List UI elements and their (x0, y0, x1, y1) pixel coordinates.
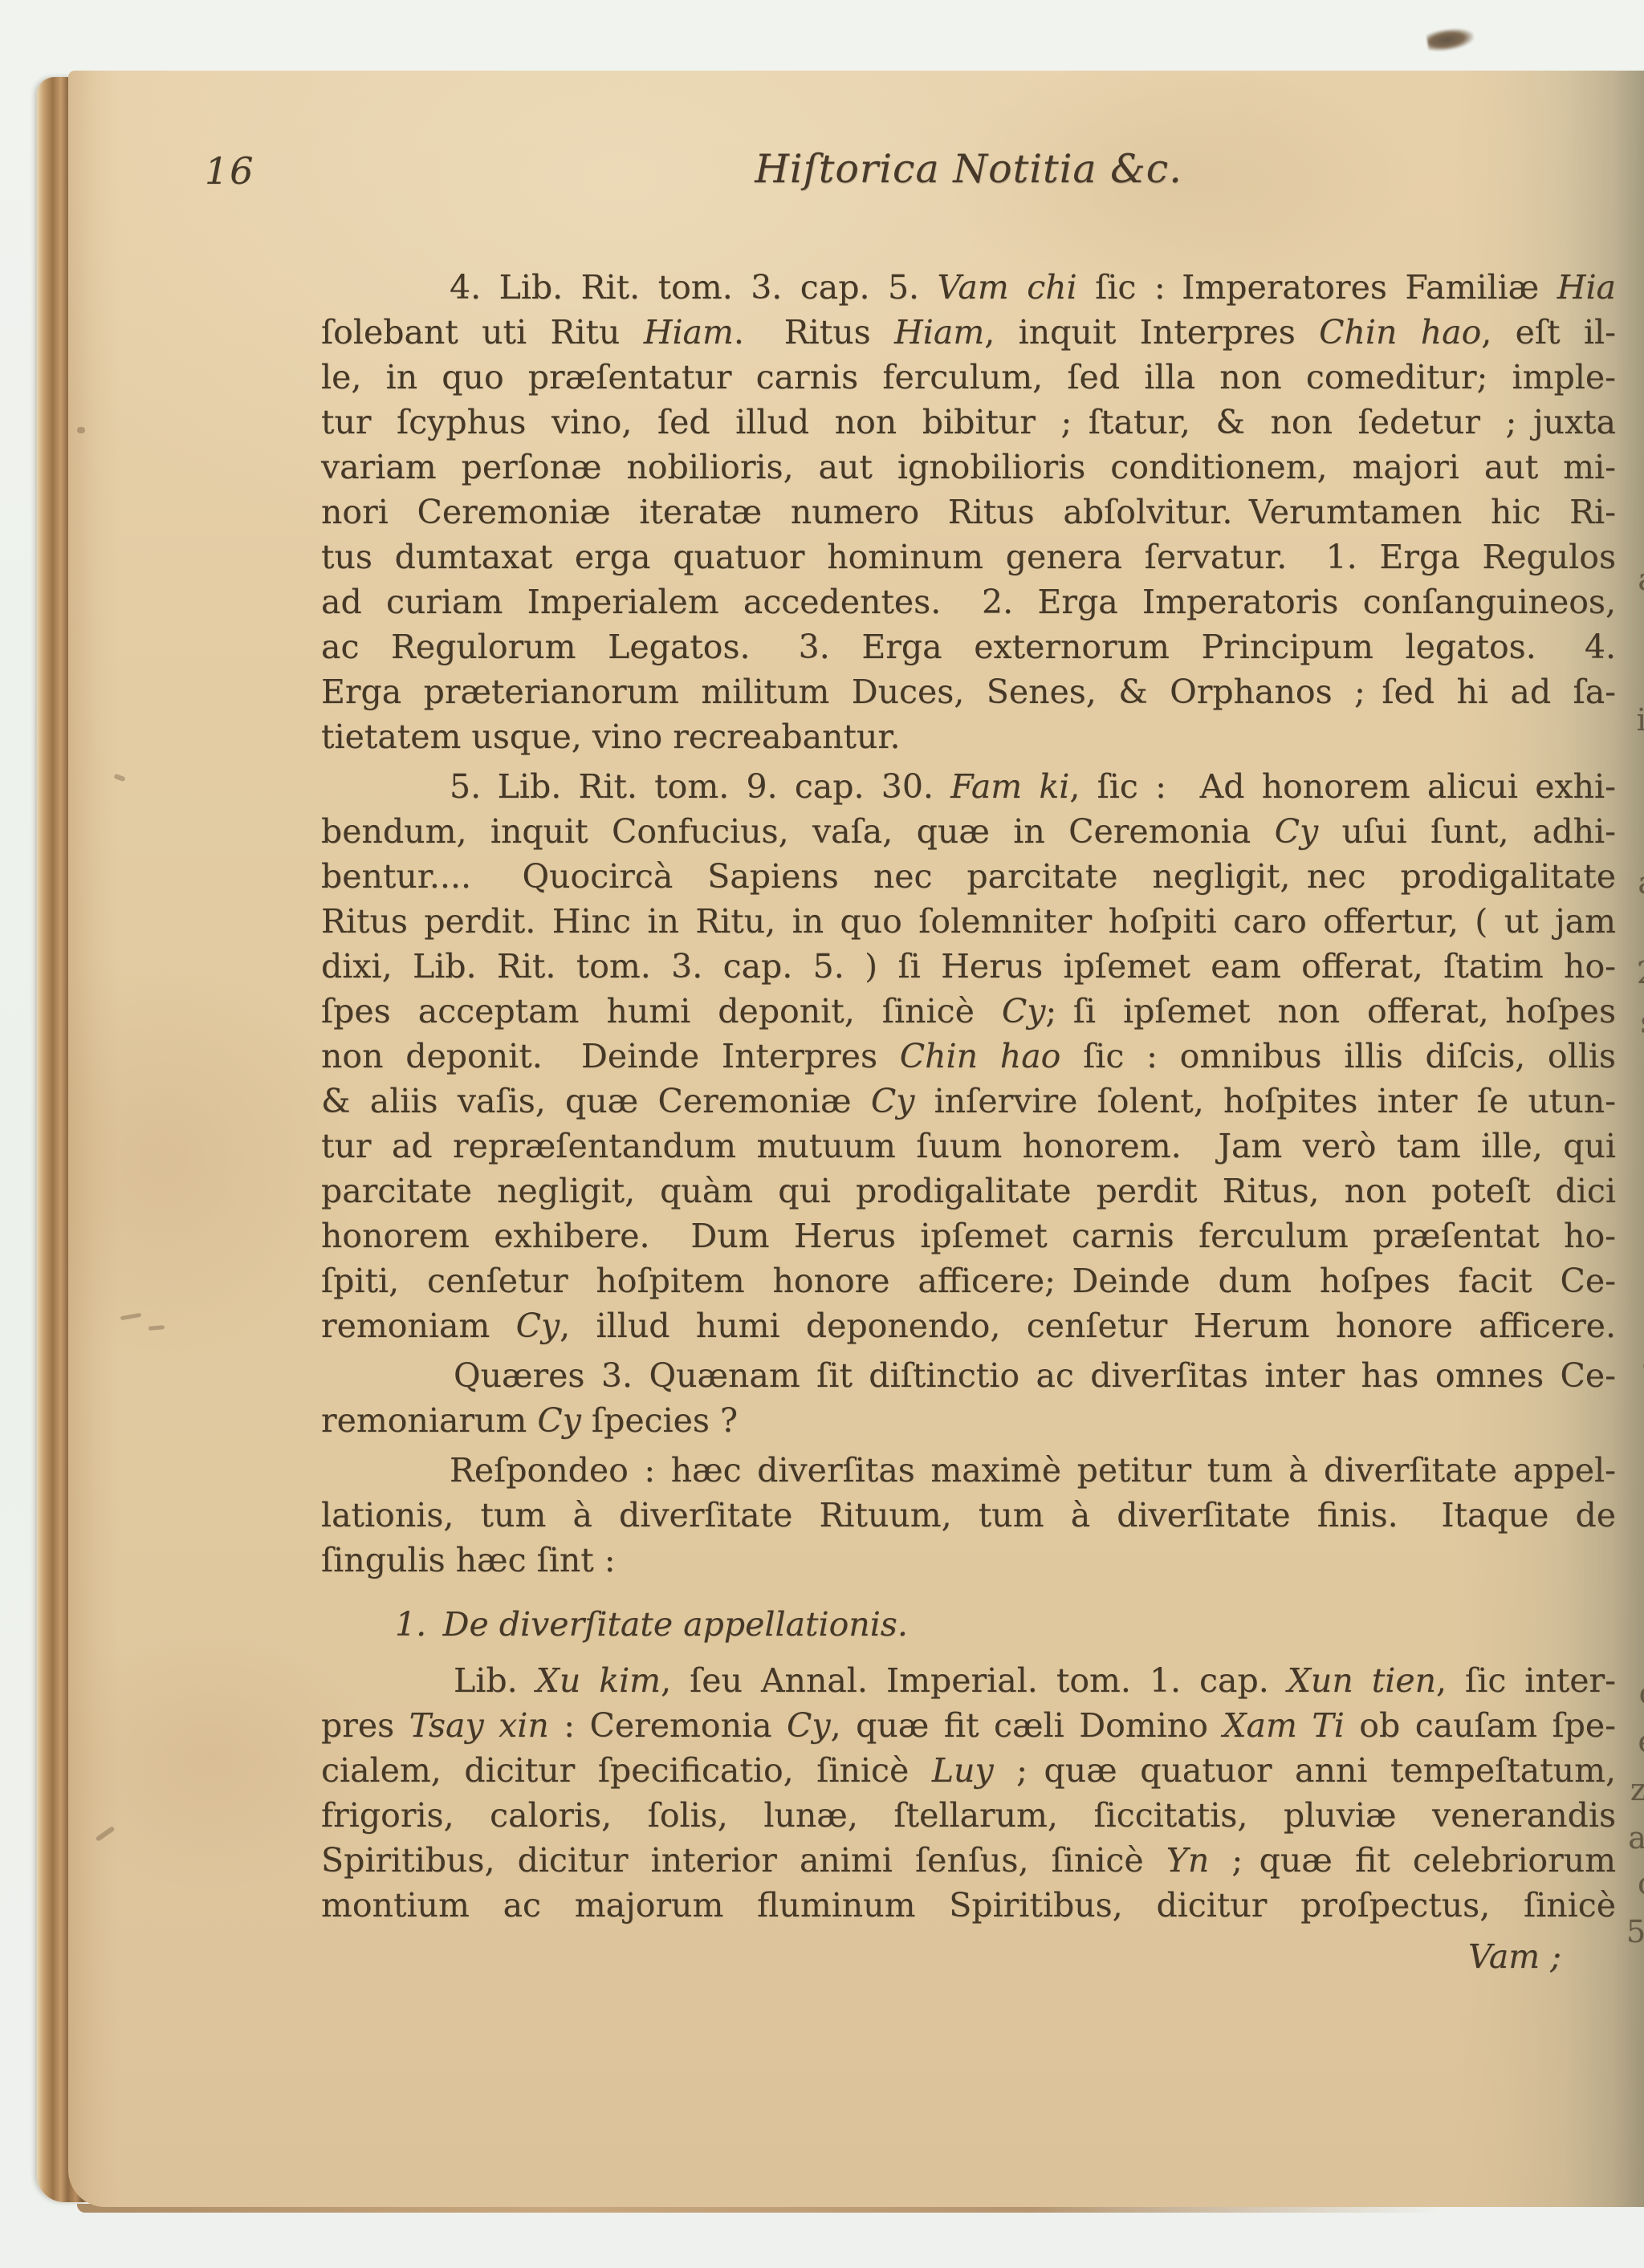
paragraph: Lib. Xu kim, ſeu Annal. Imperial. tom. 1… (321, 1658, 1616, 1928)
italic-term: Chin hao (900, 1037, 1061, 1075)
italic-term: Cy (787, 1706, 831, 1745)
text-line: cialem, dicitur ſpecificatio, ſinicè Luy… (321, 1748, 1616, 1793)
italic-term: Xun tien (1288, 1661, 1436, 1700)
italic-term: Cy (871, 1082, 915, 1120)
text-line: lationis, tum à diverſitate Rituum, tum … (321, 1493, 1616, 1538)
text-segment: remoniam (321, 1307, 516, 1345)
text-line: bentur.... Quocircà Sapiens nec parcitat… (321, 854, 1616, 899)
text-line: ſpiti, cenſetur hoſpitem honore afficere… (321, 1258, 1616, 1303)
text-line: remoniarum Cy ſpecies ? (321, 1398, 1616, 1443)
text-segment: ob cauſam ſpe- (1345, 1706, 1616, 1745)
text-segment: , illud humi deponendo, cenſetur Herum h… (560, 1307, 1616, 1345)
text-segment: non deponit. Deinde Interpres (321, 1037, 900, 1075)
text-segment: tur ſcyphus vino, ſed illud non bibitur … (321, 403, 1616, 441)
text-segment: ſpecies ? (581, 1401, 738, 1440)
text-segment: variam perſonæ nobilioris, aut ignobilio… (321, 448, 1616, 486)
text-segment: Lib. (454, 1661, 536, 1700)
italic-term: Cy (516, 1307, 560, 1345)
text-line: pres Tsay xin : Ceremonia Cy, quæ fit cæ… (321, 1703, 1616, 1748)
facing-page-text-fragment: 5: (1626, 1914, 1644, 1949)
text-line: tur ſcyphus vino, ſed illud non bibitur … (321, 400, 1616, 445)
italic-term: Hia (1557, 268, 1616, 307)
facing-page-text-fragment: 2 (1637, 955, 1644, 990)
text-line: & aliis vaſis, quæ Ceremoniæ Cy inſervir… (321, 1079, 1616, 1124)
text-segment: cialem, dicitur ſpecificatio, ſinicè (321, 1751, 932, 1790)
ink-smudge (1426, 26, 1475, 53)
facing-page-text-fragment: o (1638, 1866, 1644, 1901)
text-segment: ad curiam Imperialem accedentes. 2. Erga… (321, 583, 1616, 621)
facing-page-text-fragment: c (1639, 1676, 1644, 1711)
text-line: honorem exhibere. Dum Herus ipſemet carn… (321, 1213, 1616, 1258)
text-line: tus dumtaxat erga quatuor hominum genera… (321, 534, 1616, 579)
text-segment: , ſic inter- (1436, 1661, 1616, 1700)
text-segment: bendum, inquit Confucius, vaſa, quæ in C… (321, 812, 1275, 851)
section-heading: 1. De diverſitate appellationis. (321, 1602, 1616, 1647)
page-body-text: 4. Lib. Rit. tom. 3. cap. 5. Vam chi ſic… (321, 265, 1616, 1928)
text-line: frigoris, caloris, ſolis, lunæ, ſtellaru… (321, 1793, 1616, 1838)
paragraph: Quæres 3. Quænam ſit diſtinctio ac diver… (321, 1353, 1616, 1443)
facing-page-text-fragment: e (1638, 1724, 1644, 1759)
text-line: Reſpondeo : hæc diverſitas maximè petitu… (321, 1448, 1616, 1493)
catchword: Vam ; (1468, 1937, 1561, 1976)
text-line: ac Regulorum Legatos. 3. Erga externorum… (321, 624, 1616, 669)
book-page: 16 Hiſtorica Notitia &c. 4. Lib. Rit. to… (68, 71, 1644, 2207)
text-segment: , quæ fit cæli Domino (831, 1706, 1223, 1745)
text-segment: ſpiti, cenſetur hoſpitem honore afficere… (321, 1262, 1616, 1300)
italic-term: Hiam (644, 313, 734, 352)
page-number: 16 (205, 149, 255, 193)
text-segment: ſic : Imperatores Familiæ (1077, 268, 1557, 307)
text-segment: remoniarum (321, 1401, 537, 1440)
text-line: Ritus perdit. Hinc in Ritu, in quo ſolem… (321, 899, 1616, 944)
text-line: le, in quo præſentatur carnis ferculum, … (321, 355, 1616, 400)
facing-page-text-fragment: il (1637, 702, 1644, 738)
italic-term: Cy (1275, 812, 1319, 851)
text-line: non deponit. Deinde Interpres Chin hao ſ… (321, 1034, 1616, 1079)
text-segment: , ſic : Ad honorem alicui exhi- (1069, 767, 1616, 806)
italic-term: Yn (1166, 1841, 1209, 1880)
text-segment: , inquit Interpres (984, 313, 1319, 352)
italic-term: Tsay xin (409, 1706, 549, 1745)
paragraph: Reſpondeo : hæc diverſitas maximè petitu… (321, 1448, 1616, 1583)
running-title: Hiſtorica Notitia &c. (321, 146, 1616, 192)
paragraph: 5. Lib. Rit. tom. 9. cap. 30. Fam ki, ſi… (321, 764, 1616, 1348)
text-segment: Reſpondeo : hæc diverſitas maximè petitu… (450, 1451, 1616, 1490)
text-segment: ſingulis hæc ſint : (321, 1541, 616, 1579)
text-line: bendum, inquit Confucius, vaſa, quæ in C… (321, 809, 1616, 854)
text-segment: ſic : omnibus illis diſcis, ollis (1060, 1037, 1616, 1075)
text-segment: lationis, tum à diverſitate Rituum, tum … (321, 1496, 1616, 1534)
text-segment: 4. Lib. Rit. tom. 3. cap. 5. (450, 268, 938, 307)
text-segment: dixi, Lib. Rit. tom. 3. cap. 5. ) ſi Her… (321, 947, 1616, 986)
text-segment: . Ritus (734, 313, 894, 352)
facing-page-text-fragment: ai (1628, 1820, 1644, 1855)
text-line: variam perſonæ nobilioris, aut ignobilio… (321, 445, 1616, 490)
text-segment: ; quæ fit celebriorum (1209, 1841, 1616, 1880)
text-segment: frigoris, caloris, ſolis, lunæ, ſtellaru… (321, 1796, 1616, 1835)
page-header: 16 Hiſtorica Notitia &c. (68, 149, 1644, 205)
text-segment: 5. Lib. Rit. tom. 9. cap. 30. (450, 767, 950, 806)
text-segment: Ritus perdit. Hinc in Ritu, in quo ſolem… (321, 902, 1616, 941)
facing-page-text-fragment: zi (1630, 1772, 1644, 1807)
text-segment: tus dumtaxat erga quatuor hominum genera… (321, 538, 1616, 576)
catchword-row: Vam ; (321, 1937, 1616, 1976)
text-segment: : Ceremonia (549, 1706, 787, 1745)
text-line: nori Ceremoniæ iteratæ numero Ritus abſo… (321, 490, 1616, 534)
scanned-book-page: 16 Hiſtorica Notitia &c. 4. Lib. Rit. to… (0, 0, 1644, 2268)
text-segment: tur ad repræſentandum mutuum ſuum honore… (321, 1127, 1616, 1165)
text-line: 4. Lib. Rit. tom. 3. cap. 5. Vam chi ſic… (321, 265, 1616, 310)
text-line: ad curiam Imperialem accedentes. 2. Erga… (321, 579, 1616, 624)
italic-term: Cy (1002, 992, 1046, 1030)
text-line: montium ac majorum fluminum Spiritibus, … (321, 1883, 1616, 1928)
paper-speck (77, 427, 85, 433)
italic-term: Xu kim (536, 1661, 661, 1700)
text-line: parcitate negligit, quàm qui prodigalita… (321, 1169, 1616, 1213)
text-segment: ac Regulorum Legatos. 3. Erga externorum… (321, 628, 1616, 666)
italic-term: Chin hao (1319, 313, 1481, 352)
text-segment: Quæres 3. Quænam ſit diſtinctio ac diver… (454, 1356, 1616, 1395)
italic-term: Luy (932, 1751, 994, 1790)
facing-page-text-fragment: s (1640, 1005, 1644, 1040)
text-line: Quæres 3. Quænam ſit diſtinctio ac diver… (321, 1353, 1616, 1398)
text-segment: nori Ceremoniæ iteratæ numero Ritus abſo… (321, 493, 1616, 531)
text-segment: honorem exhibere. Dum Herus ipſemet carn… (321, 1217, 1616, 1255)
text-line: tur ad repræſentandum mutuum ſuum honore… (321, 1124, 1616, 1169)
facing-page-text-fragment: a (1638, 865, 1644, 900)
text-segment: bentur.... Quocircà Sapiens nec parcitat… (321, 857, 1616, 896)
text-segment: ſolebant uti Ritu (321, 313, 644, 352)
text-segment: tietatem usque, vino recreabantur. (321, 717, 900, 756)
text-line: tietatem usque, vino recreabantur. (321, 714, 1616, 759)
text-segment: , ſeu Annal. Imperial. tom. 1. cap. (661, 1661, 1288, 1700)
facing-page-text-fragment: a (1638, 562, 1644, 597)
text-line: remoniam Cy, illud humi deponendo, cenſe… (321, 1303, 1616, 1348)
italic-term: Hiam (894, 313, 984, 352)
text-segment: Spiritibus, dicitur interior animi ſenſu… (321, 1841, 1166, 1880)
text-segment: parcitate negligit, quàm qui prodigalita… (321, 1172, 1616, 1210)
text-line: ſingulis hæc ſint : (321, 1538, 1616, 1583)
text-line: ſpes acceptam humi deponit, ſinicè Cy; ſ… (321, 989, 1616, 1034)
text-segment: pres (321, 1706, 409, 1745)
text-segment: , eſt il- (1481, 313, 1616, 352)
text-segment: inſervire ſolent, hoſpites inter ſe utun… (914, 1082, 1616, 1120)
text-line: dixi, Lib. Rit. tom. 3. cap. 5. ) ſi Her… (321, 944, 1616, 989)
text-line: 5. Lib. Rit. tom. 9. cap. 30. Fam ki, ſi… (321, 764, 1616, 809)
text-line: Erga præterianorum militum Duces, Senes,… (321, 669, 1616, 714)
italic-term: Xam Ti (1223, 1706, 1344, 1745)
text-segment: ; quæ quatuor anni tempeſtatum, (994, 1751, 1616, 1790)
italic-term: Fam ki (950, 767, 1069, 806)
text-segment: & aliis vaſis, quæ Ceremoniæ (321, 1082, 871, 1120)
text-segment: le, in quo præſentatur carnis ferculum, … (321, 358, 1616, 396)
text-line: ſolebant uti Ritu Hiam. Ritus Hiam, inqu… (321, 310, 1616, 355)
text-line: Lib. Xu kim, ſeu Annal. Imperial. tom. 1… (321, 1658, 1616, 1703)
text-segment: Erga præterianorum militum Duces, Senes,… (321, 673, 1616, 711)
italic-term: Vam chi (938, 268, 1077, 307)
text-segment: ; ſi ipſemet non offerat, hoſpes (1045, 992, 1616, 1030)
italic-term: Cy (537, 1401, 581, 1440)
text-segment: uſui ſunt, adhi- (1318, 812, 1616, 851)
text-segment: ſpes acceptam humi deponit, ſinicè (321, 992, 1002, 1030)
text-segment: montium ac majorum fluminum Spiritibus, … (321, 1886, 1616, 1925)
text-line: Spiritibus, dicitur interior animi ſenſu… (321, 1838, 1616, 1883)
paragraph: 4. Lib. Rit. tom. 3. cap. 5. Vam chi ſic… (321, 265, 1616, 759)
section-heading-line: 1. De diverſitate appellationis. (321, 1602, 1616, 1647)
text-segment: 1. De diverſitate appellationis. (395, 1605, 908, 1644)
